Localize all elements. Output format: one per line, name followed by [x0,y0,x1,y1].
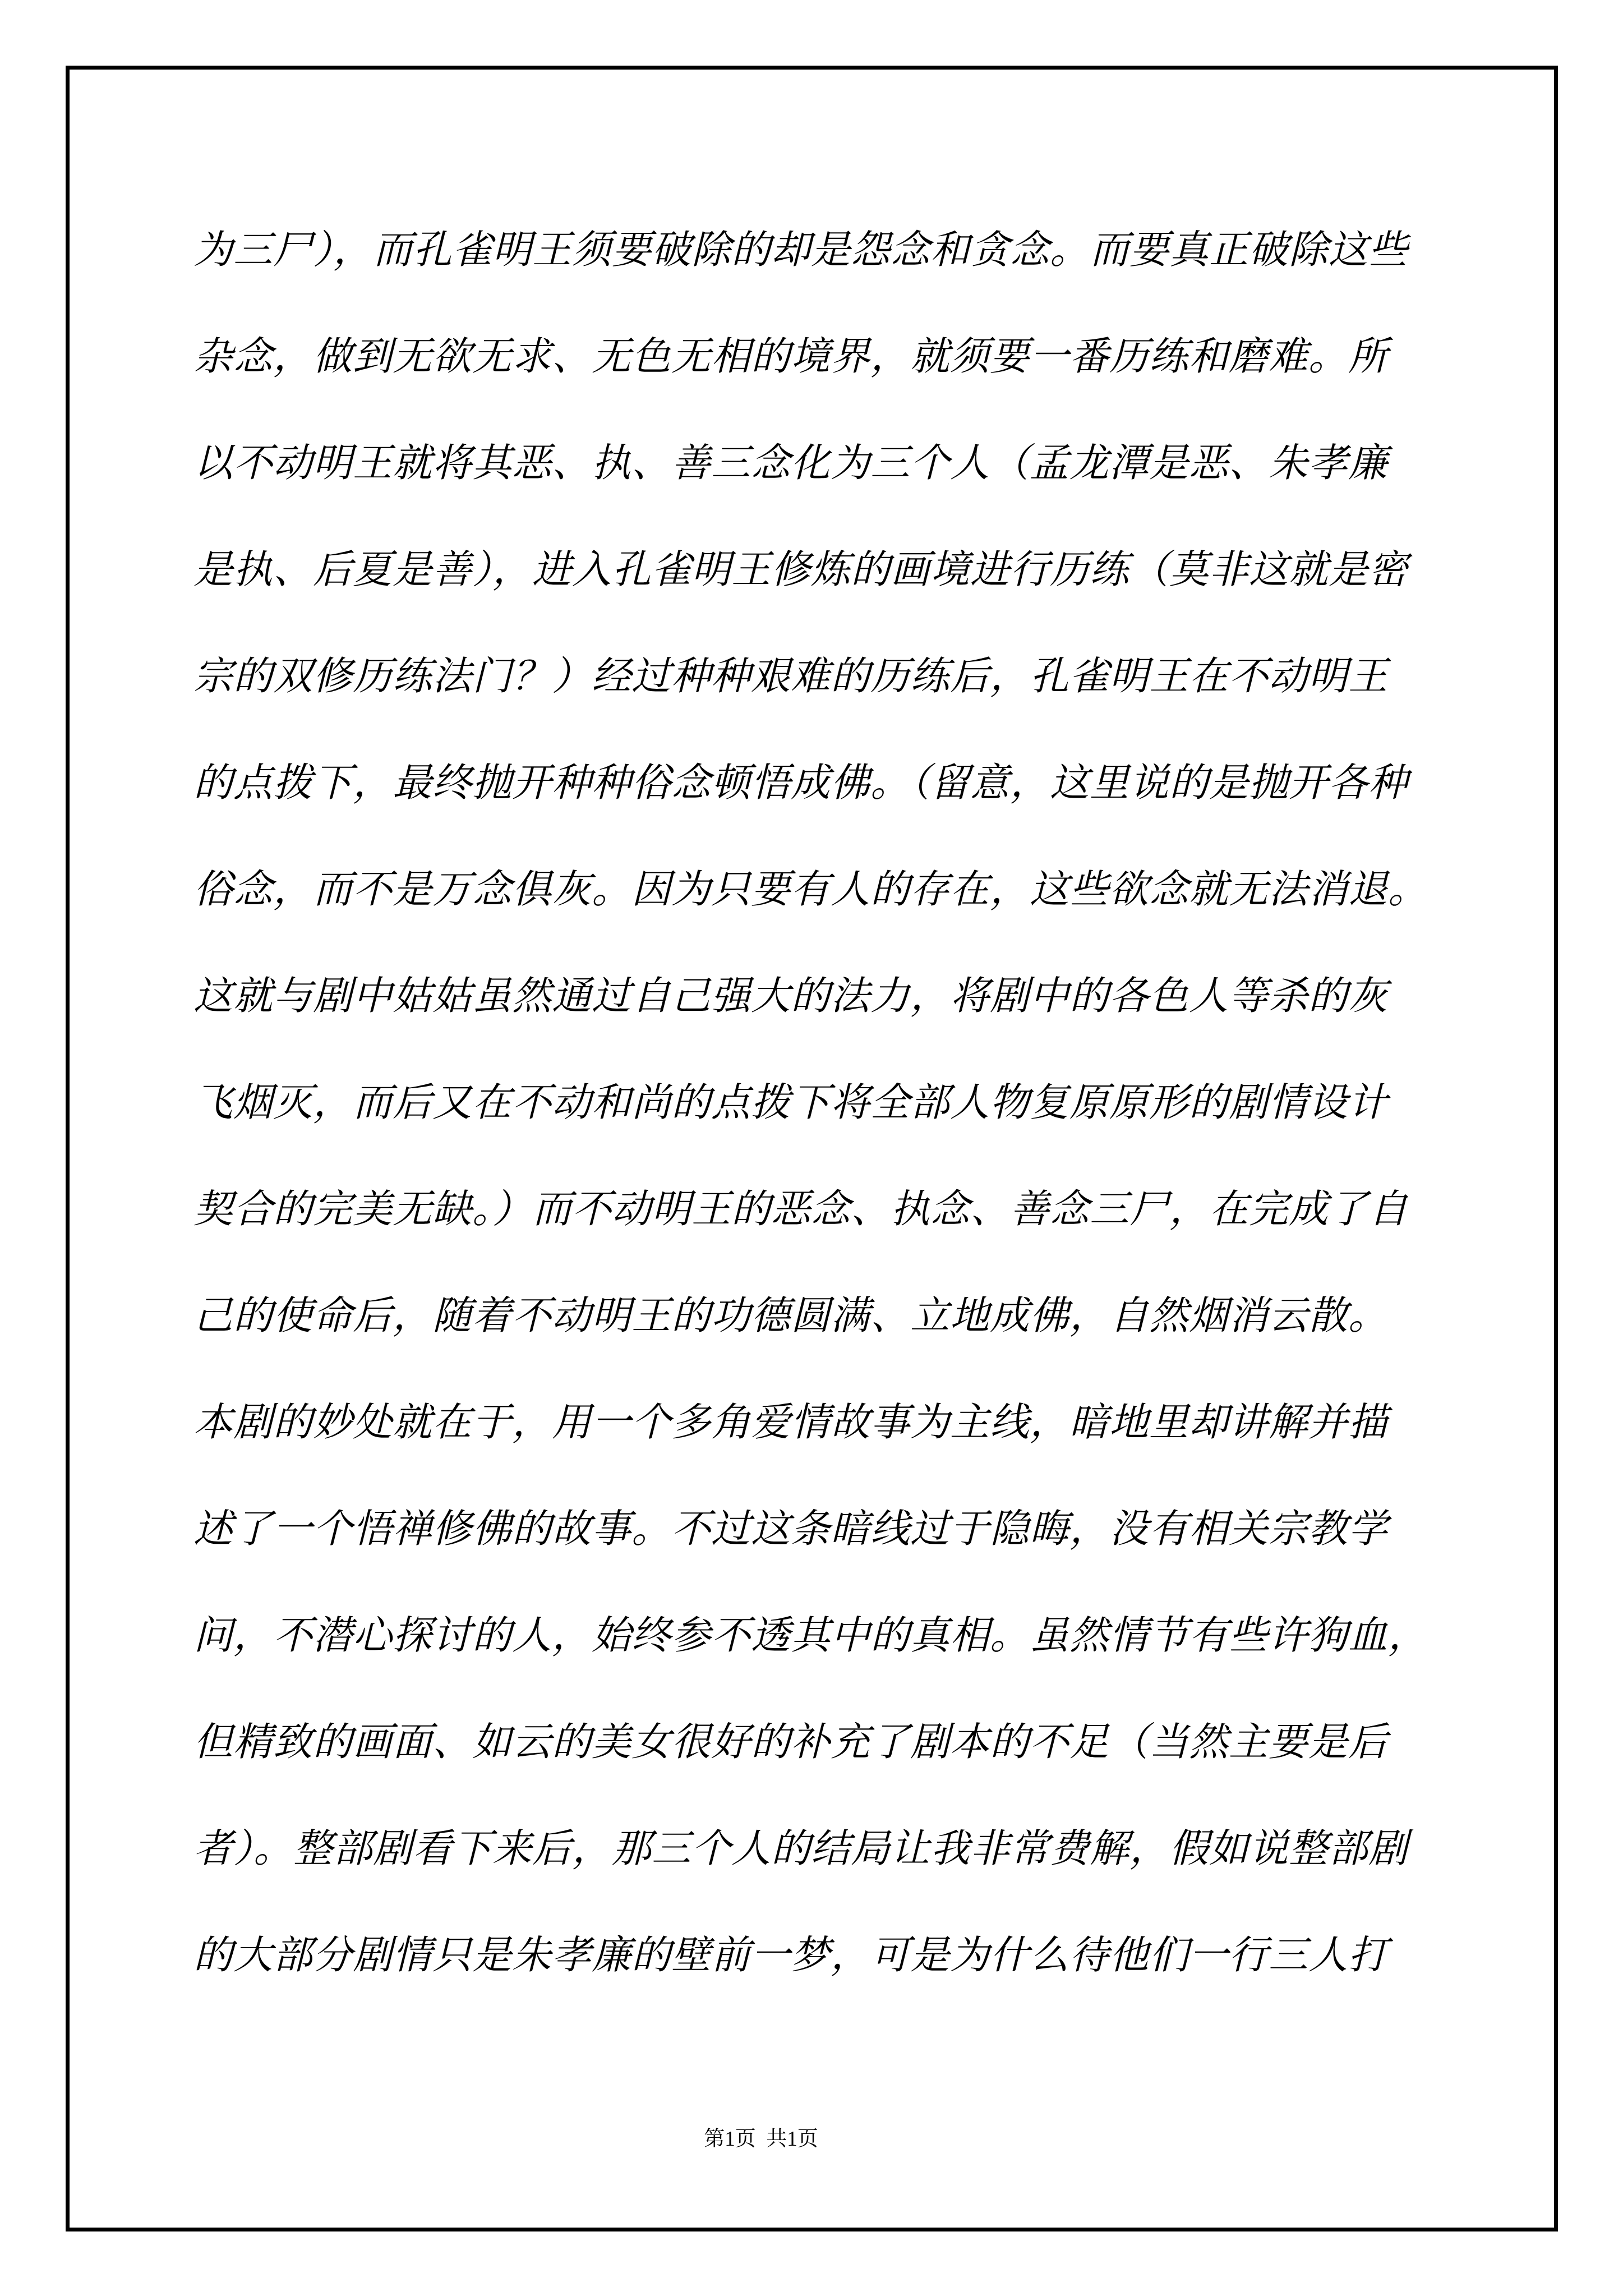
text-line: 契合的完美无缺。）而不动明王的恶念、执念、善念三尸，在完成了自 [193,1157,1428,1263]
text-line: 以不动明王就将其恶、执、善三念化为三个人（孟龙潭是恶、朱孝廉 [193,411,1428,517]
page-number-footer: 第1页 共1页 [0,2126,1573,2153]
text-line: 宗的双修历练法门？）经过种种艰难的历练后，孔雀明王在不动明王 [193,624,1428,730]
text-line: 者）。整部剧看下来后，那三个人的结局让我非常费解，假如说整部剧 [193,1796,1428,1903]
document-page: { "colors": { "background": "#ffffff", "… [0,0,1623,2296]
text-line: 的点拨下，最终抛开种种俗念顿悟成佛。（留意，这里说的是抛开各种 [193,730,1428,837]
text-line: 是执、后夏是善），进入孔雀明王修炼的画境进行历练（莫非这就是密 [193,517,1428,624]
text-line: 飞烟灭，而后又在不动和尚的点拨下将全部人物复原原形的剧情设计 [193,1050,1428,1157]
text-line: 这就与剧中姑姑虽然通过自己强大的法力，将剧中的各色人等杀的灰 [193,944,1428,1050]
text-line: 问，不潜心探讨的人，始终参不透其中的真相。虽然情节有些许狗血， [193,1583,1428,1690]
text-line: 己的使命后，随着不动明王的功德圆满、立地成佛，自然烟消云散。 [193,1263,1428,1370]
text-line: 杂念，做到无欲无求、无色无相的境界，就须要一番历练和磨难。所 [193,304,1428,411]
text-line: 为三尸），而孔雀明王须要破除的却是怨念和贪念。而要真正破除这些 [193,197,1428,304]
text-line: 本剧的妙处就在于，用一个多角爱情故事为主线，暗地里却讲解并描 [193,1370,1428,1476]
text-line: 述了一个悟禅修佛的故事。不过这条暗线过于隐晦，没有相关宗教学 [193,1476,1428,1583]
body-text: 为三尸），而孔雀明王须要破除的却是怨念和贪念。而要真正破除这些 杂念，做到无欲无… [193,197,1428,2009]
text-line: 俗念，而不是万念俱灰。因为只要有人的存在，这些欲念就无法消退。 [193,837,1428,944]
text-line: 的大部分剧情只是朱孝廉的壁前一梦，可是为什么待他们一行三人打 [193,1903,1428,2009]
text-line: 但精致的画面、如云的美女很好的补充了剧本的不足（当然主要是后 [193,1690,1428,1796]
